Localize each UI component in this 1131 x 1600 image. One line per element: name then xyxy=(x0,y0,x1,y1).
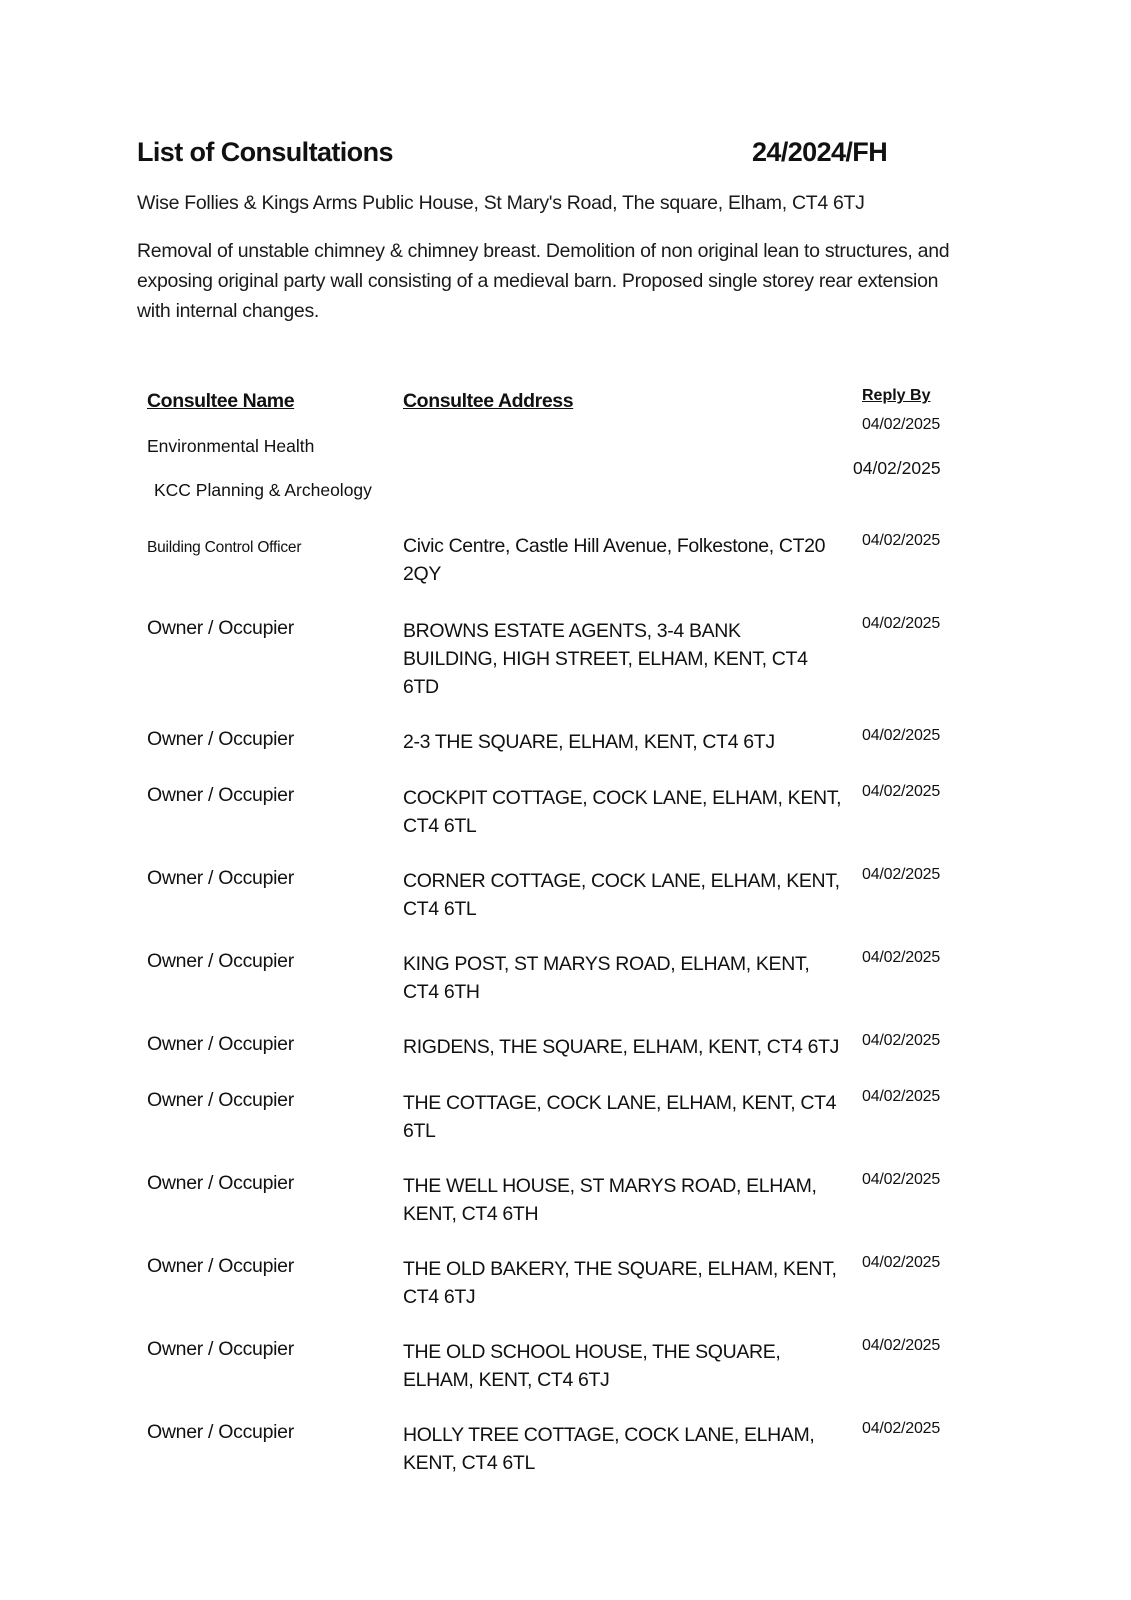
table-row-name: Owner / Occupier xyxy=(147,617,294,640)
table-row-address: RIGDENS, THE SQUARE, ELHAM, KENT, CT4 6T… xyxy=(403,1033,843,1061)
table-row-name: Environmental Health xyxy=(147,436,314,457)
table-row-address: BROWNS ESTATE AGENTS, 3-4 BANK BUILDING,… xyxy=(403,617,823,701)
table-row-name: Owner / Occupier xyxy=(147,1255,294,1278)
table-row-reply-by: 04/02/2025 xyxy=(862,866,940,884)
column-header-address: Consultee Address xyxy=(403,390,573,413)
table-row-address: CORNER COTTAGE, COCK LANE, ELHAM, KENT, … xyxy=(403,867,843,923)
table-row-reply-by: 04/02/2025 xyxy=(862,1171,940,1189)
proposal-description: Removal of unstable chimney & chimney br… xyxy=(137,236,967,326)
table-row-name: KCC Planning & Archeology xyxy=(154,480,372,501)
table-row-name: Owner / Occupier xyxy=(147,728,294,751)
table-row-name: Owner / Occupier xyxy=(147,1033,294,1056)
table-row-reply-by: 04/02/2025 xyxy=(862,416,940,434)
application-reference: 24/2024/FH xyxy=(752,137,887,168)
table-row-name: Owner / Occupier xyxy=(147,867,294,890)
table-row-reply-by: 04/02/2025 xyxy=(862,1420,940,1438)
table-row-reply-by: 04/02/2025 xyxy=(862,949,940,967)
table-row-address: THE OLD SCHOOL HOUSE, THE SQUARE, ELHAM,… xyxy=(403,1338,803,1394)
table-row-reply-by: 04/02/2025 xyxy=(862,1254,940,1272)
page-title: List of Consultations xyxy=(137,137,393,168)
table-row-reply-by: 04/02/2025 xyxy=(862,1088,940,1106)
table-row-reply-by: 04/02/2025 xyxy=(862,1032,940,1050)
table-row-address: HOLLY TREE COTTAGE, COCK LANE, ELHAM, KE… xyxy=(403,1421,823,1477)
table-row-reply-by: 04/02/2025 xyxy=(853,458,941,479)
table-row-name: Owner / Occupier xyxy=(147,950,294,973)
table-row-reply-by: 04/02/2025 xyxy=(862,532,940,550)
table-row-name: Owner / Occupier xyxy=(147,1421,294,1444)
table-row-name: Owner / Occupier xyxy=(147,1172,294,1195)
table-row-reply-by: 04/02/2025 xyxy=(862,615,940,633)
column-header-reply-by: Reply By xyxy=(862,387,930,405)
table-row-name: Owner / Occupier xyxy=(147,1338,294,1361)
table-row-reply-by: 04/02/2025 xyxy=(862,783,940,801)
table-row-reply-by: 04/02/2025 xyxy=(862,1337,940,1355)
table-row-address: THE OLD BAKERY, THE SQUARE, ELHAM, KENT,… xyxy=(403,1255,843,1311)
table-row-address: 2-3 THE SQUARE, ELHAM, KENT, CT4 6TJ xyxy=(403,728,843,756)
column-header-name: Consultee Name xyxy=(147,390,294,413)
table-row-address: COCKPIT COTTAGE, COCK LANE, ELHAM, KENT,… xyxy=(403,784,843,840)
table-row-name: Owner / Occupier xyxy=(147,784,294,807)
site-address: Wise Follies & Kings Arms Public House, … xyxy=(137,192,865,215)
table-row-name: Building Control Officer xyxy=(147,539,301,557)
table-row-address: THE COTTAGE, COCK LANE, ELHAM, KENT, CT4… xyxy=(403,1089,843,1145)
table-row-address: Civic Centre, Castle Hill Avenue, Folkes… xyxy=(403,532,843,588)
table-row-address: KING POST, ST MARYS ROAD, ELHAM, KENT, C… xyxy=(403,950,843,1006)
table-row-name: Owner / Occupier xyxy=(147,1089,294,1112)
table-row-reply-by: 04/02/2025 xyxy=(862,727,940,745)
table-row-address: THE WELL HOUSE, ST MARYS ROAD, ELHAM, KE… xyxy=(403,1172,823,1228)
